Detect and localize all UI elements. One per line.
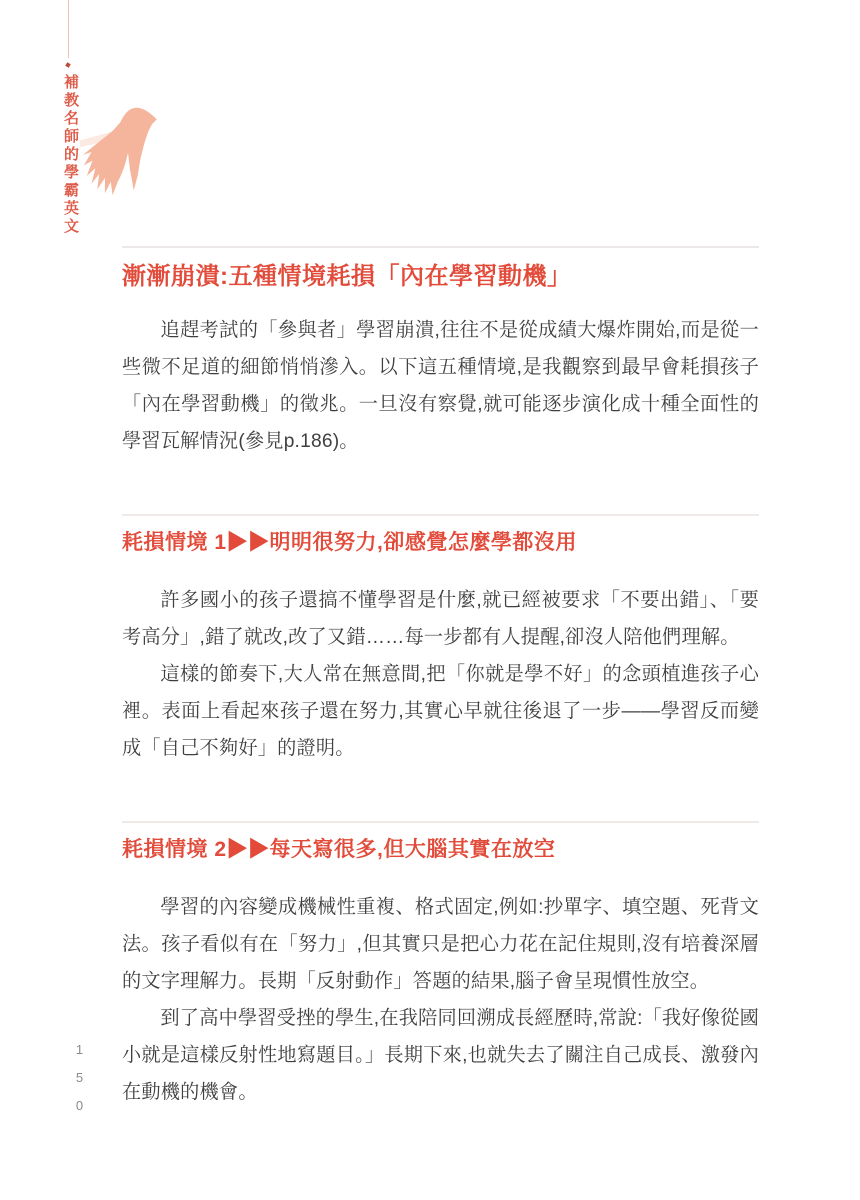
paragraph: 學習的內容變成機械性重複、格式固定,例如:抄單字、填空題、死背文法。孩子看似有在… bbox=[122, 889, 759, 1000]
paragraph: 到了高中學習受挫的學生,在我陪同回溯成長經歷時,常說:「我好像從國小就是這樣反射… bbox=[122, 1000, 759, 1111]
book-spine-title: 補教名師的學霸英文 bbox=[60, 74, 81, 236]
subsection-2-heading: 耗損情境 2▶▶每天寫很多,但大腦其實在放空 bbox=[122, 821, 759, 865]
section-title: 漸漸崩潰:五種情境耗損「內在學習動機」 bbox=[122, 246, 759, 294]
page-number: 150 bbox=[72, 1042, 87, 1126]
paragraph: 許多國小的孩子還搞不懂學習是什麼,就已經被要求「不要出錯」、「要考高分」,錯了就… bbox=[122, 582, 759, 656]
book-page: 補教名師的學霸英文 150 漸漸崩潰:五種情境耗損「內在學習動機」 追趕考試的「… bbox=[0, 0, 860, 1200]
paragraph: 這樣的節奏下,大人常在無意間,把「你就是學不好」的念頭植進孩子心裡。表面上看起來… bbox=[122, 656, 759, 767]
bird-logo-icon bbox=[80, 98, 176, 204]
subsection-2: 耗損情境 2▶▶每天寫很多,但大腦其實在放空 學習的內容變成機械性重複、格式固定… bbox=[122, 821, 759, 1111]
subsection-1-heading: 耗損情境 1▶▶明明很努力,卻感覺怎麼學都沒用 bbox=[122, 514, 759, 558]
spine-line bbox=[68, 0, 69, 58]
intro-paragraph: 追趕考試的「參與者」學習崩潰,往往不是從成績大爆炸開始,而是從一些微不足道的細節… bbox=[122, 312, 759, 460]
page-content: 漸漸崩潰:五種情境耗損「內在學習動機」 追趕考試的「參與者」學習崩潰,往往不是從… bbox=[122, 246, 759, 1111]
spine-dot-icon bbox=[65, 62, 70, 67]
subsection-1: 耗損情境 1▶▶明明很努力,卻感覺怎麼學都沒用 許多國小的孩子還搞不懂學習是什麼… bbox=[122, 514, 759, 767]
